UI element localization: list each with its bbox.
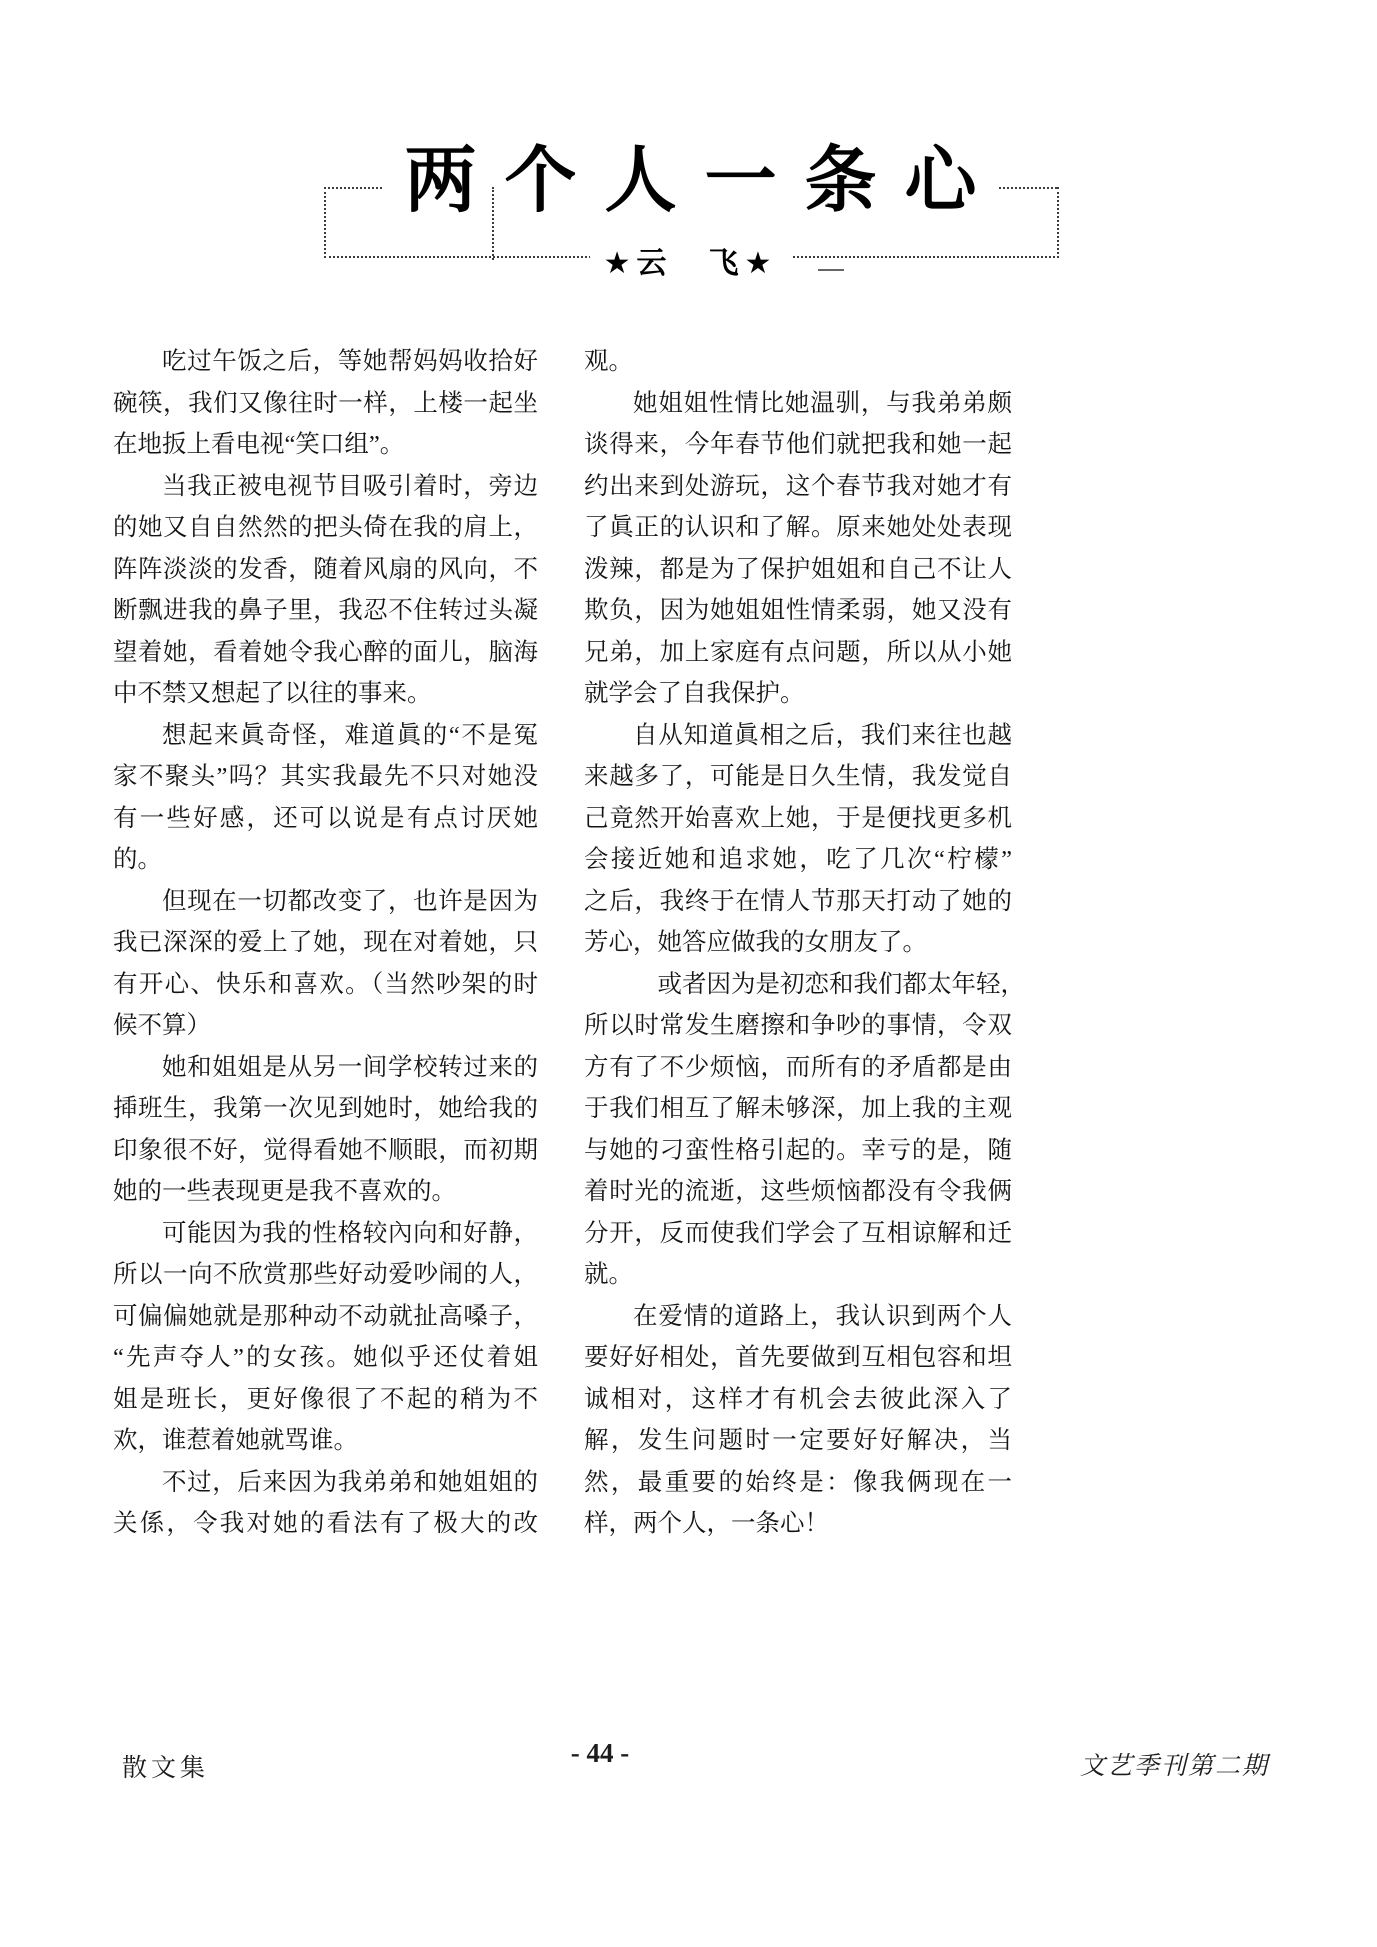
text-line: 方有了不少烦恼，而所有的矛盾都是由 [584,1047,1012,1089]
text-line: 她的一些表现更是我不喜欢的。 [113,1171,538,1213]
text-line: 观。 [584,341,1012,383]
author-line: ★云 飞★ [324,238,1057,282]
text-line: 自从知道眞相之后，我们来往也越 [584,715,1012,757]
text-line: 吃过午饭之后，等她帮妈妈收拾好 [113,341,538,383]
text-line: 所以时常发生磨擦和争吵的事情，令双 [584,1005,1012,1047]
text-line: 于我们相互了解未够深，加上我的主观 [584,1088,1012,1130]
text-line: 分开，反而使我们学会了互相谅解和迁 [584,1213,1012,1255]
text-line: 在地扳上看电视“笑口组”。 [113,424,538,466]
text-line: 样，两个人，一条心！ [584,1503,1012,1545]
text-line: 有开心、快乐和喜欢。（当然吵架的时 [113,964,538,1006]
text-line: 不过，后来因为我弟弟和她姐姐的 [113,1462,538,1504]
page-title: 两个人一条心 [324,138,1057,222]
text-line: “先声夺人”的女孩。她似乎还仗着姐 [113,1337,538,1379]
text-line: 当我正被电视节目吸引着时，旁边 [113,466,538,508]
text-line: 姐是班长，更好像很了不起的稍为不 [113,1379,538,1421]
footer-journal-title: 文艺季刊第二期 [1080,1746,1269,1782]
text-line: 解，发生问题时一定要好好解决，当 [584,1420,1012,1462]
text-line: 就。 [584,1254,1012,1296]
text-line: 中不禁又想起了以往的事来。 [113,673,538,715]
text-line: 诚相对，这样才有机会去彼此深入了 [584,1379,1012,1421]
text-line: 我已深深的爱上了她，现在对着她，只 [113,922,538,964]
text-line: 了眞正的认识和了解。原来她处处表现 [584,507,1012,549]
column-left: 吃过午饭之后，等她帮妈妈收拾好碗筷，我们又像往时一样，上楼一起坐在地扳上看电视“… [113,341,538,1545]
text-line: 谈得来，今年春节他们就把我和她一起 [584,424,1012,466]
text-line: 来越多了，可能是日久生情，我发觉自 [584,756,1012,798]
text-line: 想起来眞奇怪，难道眞的“不是冤 [113,715,538,757]
text-line: 会接近她和追求她，吃了几次“柠檬” [584,839,1012,881]
text-line: 芳心，她答应做我的女朋友了。 [584,922,1012,964]
text-line: 与她的刁蛮性格引起的。幸亏的是，随 [584,1130,1012,1172]
text-line: 她姐姐性情比她温驯，与我弟弟颇 [584,383,1012,425]
text-line: 她和姐姐是从另一间学校转过来的 [113,1047,538,1089]
text-line: 但现在一切都改变了，也许是因为 [113,881,538,923]
text-line: 所以一向不欣赏那些好动爱吵闹的人， [113,1254,538,1296]
text-line: 要好好相处，首先要做到互相包容和坦 [584,1337,1012,1379]
text-line: 可能因为我的性格较內向和好静， [113,1213,538,1255]
text-line: 关係，令我对她的看法有了极大的改 [113,1503,538,1545]
text-line: 兄弟，加上家庭有点问题，所以从小她 [584,632,1012,674]
text-line: 就学会了自我保护。 [584,673,1012,715]
text-line: 望着她，看着她令我心醉的面儿，脑海 [113,632,538,674]
text-line: 欺负，因为她姐姐性情柔弱，她又没有 [584,590,1012,632]
text-line: 碗筷，我们又像往时一样，上楼一起坐 [113,383,538,425]
text-line: 候不算） [113,1005,538,1047]
footer-book-title: 散文集 [122,1748,209,1784]
text-line: 揷班生，我第一次见到她时，她给我的 [113,1088,538,1130]
text-line: 家不聚头”吗？其实我最先不只对她没 [113,756,538,798]
text-line: 阵阵淡淡的发香，随着风扇的风向，不 [113,549,538,591]
author-name: ★云 飞★ [590,238,792,282]
text-line: 然，最重要的始终是：像我俩现在一 [584,1462,1012,1504]
text-line: 之后，我终于在情人节那天打动了她的 [584,881,1012,923]
text-line: 的她又自自然然的把头倚在我的肩上， [113,507,538,549]
text-line: 己竟然开始喜欢上她，于是便找更多机 [584,798,1012,840]
text-line: 有一些好感，还可以说是有点讨厌她 [113,798,538,840]
text-line: 断飘进我的鼻子里，我忍不住转过头凝 [113,590,538,632]
scanned-document-page: 两个人一条心 ★云 飞★ 吃过午饭之后，等她帮妈妈收拾好碗筷，我们又像往时一样，… [0,0,1377,1947]
text-line: 的。 [113,839,538,881]
text-line: 欢，谁惹着她就骂谁。 [113,1420,538,1462]
text-line: 泼辣，都是为了保护姐姐和自己不让人 [584,549,1012,591]
text-line: 约出来到处游玩，这个春节我对她才有 [584,466,1012,508]
text-line: 或者因为是初恋和我们都太年轻， [584,964,1012,1006]
text-line: 可偏偏她就是那种动不动就扯高嗓子， [113,1296,538,1338]
text-line: 着时光的流逝，这些烦恼都没有令我俩 [584,1171,1012,1213]
text-line: 印象很不好，觉得看她不顺眼，而初期 [113,1130,538,1172]
text-line: 在爱情的道路上，我认识到两个人 [584,1296,1012,1338]
column-right: 观。她姐姐性情比她温驯，与我弟弟颇谈得来，今年春节他们就把我和她一起约出来到处游… [584,341,1012,1545]
page-number: - 44 - [520,1738,680,1769]
